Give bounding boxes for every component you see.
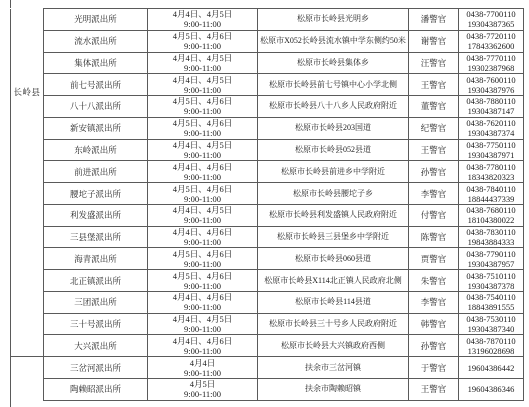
station-name-cell: 流水派出所 <box>44 30 148 52</box>
date-time-cell: 4月4日、4月5日9:00-11:00 <box>148 139 258 161</box>
table-row: 长岭县光明派出所4月4日、4月5日9:00-11:00松原市长岭县光明乡潘警官0… <box>11 9 524 31</box>
address-cell: 松原市长岭县大兴镇政府西侧 <box>258 335 409 357</box>
officer-name: 孙警官 <box>409 341 458 351</box>
officer-name: 李警官 <box>409 297 458 307</box>
phone-number-2: 19304387957 <box>459 259 523 269</box>
phone-number-2: 19304387340 <box>459 324 523 334</box>
time-text: 9:00-11:00 <box>148 281 257 291</box>
address-cell: 松原市长岭县三十号乡人民政府附近 <box>258 313 409 335</box>
station-name-cell: 东岭派出所 <box>44 139 148 161</box>
table-row: 三十号派出所4月4日、4月5日9:00-11:00松原市长岭县三十号乡人民政府附… <box>11 313 524 335</box>
phone-number-1: 0438-7540110 <box>459 292 523 302</box>
time-text: 9:00-11:00 <box>148 324 257 334</box>
station-name-cell: 利发盛派出所 <box>44 204 148 226</box>
time-text: 9:00-11:00 <box>148 215 257 225</box>
officer-cell: 董警官 <box>409 96 459 118</box>
officer-name: 韩警官 <box>409 319 458 329</box>
date-time-cell: 4月5日、4月6日9:00-11:00 <box>148 270 258 292</box>
time-text: 9:00-11:00 <box>148 194 257 204</box>
phone-number-2: 19304387365 <box>459 19 523 29</box>
station-name-cell: 三团派出所 <box>44 291 148 313</box>
date-time-cell: 4月5日、4月6日9:00-11:00 <box>148 183 258 205</box>
document-page: 长岭县光明派出所4月4日、4月5日9:00-11:00松原市长岭县光明乡潘警官0… <box>0 0 529 407</box>
officer-name: 王警官 <box>409 384 458 394</box>
date-text: 4月4日、4月5日 <box>148 205 257 215</box>
date-time-cell: 4月4日、4月6日9:00-11:00 <box>148 335 258 357</box>
county-cell <box>11 357 44 401</box>
address-text: 松原市长岭县八十八乡人民政府附近 <box>258 101 408 111</box>
phone-cell: 0438-778011018343820323 <box>459 161 524 183</box>
phone-number-2: 18844437339 <box>459 194 523 204</box>
date-time-cell: 4月5日、4月6日9:00-11:00 <box>148 96 258 118</box>
time-text: 9:00-11:00 <box>148 106 257 116</box>
time-text: 9:00-11:00 <box>148 172 257 182</box>
station-name: 前进派出所 <box>44 167 147 177</box>
date-text: 4月4日、4月6日 <box>148 162 257 172</box>
address-cell: 松原市长岭县X114北正镇人民政府北侧 <box>258 270 409 292</box>
address-cell: 松原市长岭县前进乡中学附近 <box>258 161 409 183</box>
phone-number-1: 0438-7790110 <box>459 249 523 259</box>
officer-cell: 王警官 <box>409 379 459 401</box>
date-text: 4月5日、4月6日 <box>148 271 257 281</box>
officer-cell: 王警官 <box>409 74 459 96</box>
station-name: 流水派出所 <box>44 36 147 46</box>
officer-name: 于警官 <box>409 363 458 373</box>
date-time-cell: 4月4日、4月6日9:00-11:00 <box>148 161 258 183</box>
phone-cell: 0438-779011019304387957 <box>459 248 524 270</box>
table-row: 陶赖昭派出所4月5日9:00-11:00扶余市陶赖昭镇王警官1960438634… <box>11 379 524 401</box>
station-name-cell: 北正镇派出所 <box>44 270 148 292</box>
time-text: 9:00-11:00 <box>148 368 257 378</box>
station-name: 大兴派出所 <box>44 341 147 351</box>
station-name: 三十号派出所 <box>44 319 147 329</box>
address-text: 松原市长岭县052县道 <box>258 145 408 155</box>
phone-number-1: 0438-7600110 <box>459 75 523 85</box>
date-time-cell: 4月4日9:00-11:00 <box>148 357 258 379</box>
table-row: 新安镇派出所4月5日、4月6日9:00-11:00松原市长岭县203国道纪警官0… <box>11 117 524 139</box>
address-cell: 松原市长岭县203国道 <box>258 117 409 139</box>
time-text: 9:00-11:00 <box>148 389 257 399</box>
date-text: 4月4日、4月6日 <box>148 336 257 346</box>
officer-name: 董警官 <box>409 101 458 111</box>
phone-cell: 19604386346 <box>459 379 524 401</box>
officer-cell: 于警官 <box>409 357 459 379</box>
station-name-cell: 光明派出所 <box>44 9 148 31</box>
officer-name: 朱警官 <box>409 276 458 286</box>
date-time-cell: 4月5日9:00-11:00 <box>148 379 258 401</box>
address-text: 松原市长岭县腰坨子乡 <box>258 189 408 199</box>
officer-name: 王警官 <box>409 145 458 155</box>
phone-number-2: 19304387976 <box>459 85 523 95</box>
officer-cell: 朱警官 <box>409 270 459 292</box>
address-text: 松原市长岭县前进乡中学附近 <box>258 167 408 177</box>
station-name: 新安镇派出所 <box>44 123 147 133</box>
date-time-cell: 4月5日、4月6日9:00-11:00 <box>148 30 258 52</box>
table-row: 海青派出所4月5日、4月6日9:00-11:00松原市长岭县060县道贾警官04… <box>11 248 524 270</box>
phone-number-2: 19304387374 <box>459 128 523 138</box>
time-text: 9:00-11:00 <box>148 63 257 73</box>
date-time-cell: 4月4日、4月5日9:00-11:00 <box>148 313 258 335</box>
date-text: 4月5日、4月6日 <box>148 96 257 106</box>
address-cell: 扶余市三岔河镇 <box>258 357 409 379</box>
date-time-cell: 4月4日、4月6日9:00-11:00 <box>148 226 258 248</box>
station-name: 北正镇派出所 <box>44 276 147 286</box>
address-text: 松原市长岭县前七号镇中心小学北侧 <box>258 80 408 90</box>
address-cell: 松原市长岭县腰坨子乡 <box>258 183 409 205</box>
phone-cell: 0438-768011018104380022 <box>459 204 524 226</box>
station-name-cell: 海青派出所 <box>44 248 148 270</box>
table-row: 利发盛派出所4月4日、4月5日9:00-11:00松原市长岭县利发盛镇人民政府附… <box>11 204 524 226</box>
address-text: 松原市长岭县集体乡 <box>258 58 408 68</box>
phone-number-1: 0438-7870110 <box>459 336 523 346</box>
table-row: 集体派出所4月4日、4月5日9:00-11:00松原市长岭县集体乡汪警官0438… <box>11 52 524 74</box>
officer-cell: 潘警官 <box>409 9 459 31</box>
address-text: 松原市长岭县X114北正镇人民政府北侧 <box>258 276 408 286</box>
table-row: 大兴派出所4月4日、4月6日9:00-11:00松原市长岭县大兴镇政府西侧孙警官… <box>11 335 524 357</box>
table-body: 长岭县光明派出所4月4日、4月5日9:00-11:00松原市长岭县光明乡潘警官0… <box>11 9 524 401</box>
officer-cell: 纪警官 <box>409 117 459 139</box>
date-time-cell: 4月4日、4月5日9:00-11:00 <box>148 74 258 96</box>
table-row: 八十八派出所4月5日、4月6日9:00-11:00松原市长岭县八十八乡人民政府附… <box>11 96 524 118</box>
phone-number-2: 19304387378 <box>459 281 523 291</box>
officer-cell: 谢警官 <box>409 30 459 52</box>
phone-number-2: 17843362600 <box>459 41 523 51</box>
officer-name: 孙警官 <box>409 167 458 177</box>
address-text: 松原市长岭县大兴镇政府西侧 <box>258 341 408 351</box>
date-text: 4月4日、4月5日 <box>148 53 257 63</box>
phone-cell: 0438-787011013196028698 <box>459 335 524 357</box>
phone-number-1: 0438-7830110 <box>459 227 523 237</box>
date-text: 4月4日、4月5日 <box>148 9 257 19</box>
phone-number-1: 0438-7510110 <box>459 271 523 281</box>
date-time-cell: 4月4日、4月6日9:00-11:00 <box>148 291 258 313</box>
address-text: 扶余市三岔河镇 <box>258 363 408 373</box>
officer-cell: 孙警官 <box>409 335 459 357</box>
phone-number-2: 18343820323 <box>459 172 523 182</box>
date-text: 4月4日、4月6日 <box>148 227 257 237</box>
phone-number-1: 0438-7720110 <box>459 31 523 41</box>
officer-cell: 李警官 <box>409 183 459 205</box>
station-name: 八十八派出所 <box>44 101 147 111</box>
station-name-cell: 集体派出所 <box>44 52 148 74</box>
time-text: 9:00-11:00 <box>148 128 257 138</box>
address-cell: 松原市长岭县利发盛镇人民政府附近 <box>258 204 409 226</box>
station-name: 三县堡派出所 <box>44 232 147 242</box>
officer-name: 汪警官 <box>409 58 458 68</box>
table-row: 东岭派出所4月4日、4月5日9:00-11:00松原市长岭县052县道王警官04… <box>11 139 524 161</box>
officer-name: 贾警官 <box>409 254 458 264</box>
time-text: 9:00-11:00 <box>148 237 257 247</box>
station-name: 陶赖昭派出所 <box>44 384 147 394</box>
phone-cell: 0438-760011019304387976 <box>459 74 524 96</box>
station-name: 三团派出所 <box>44 297 147 307</box>
county-column-left-border-top <box>10 0 11 8</box>
date-time-cell: 4月5日、4月6日9:00-11:00 <box>148 117 258 139</box>
address-text: 松原市X052长岭县流水镇中学东侧约50米 <box>258 36 408 46</box>
officer-cell: 汪警官 <box>409 52 459 74</box>
phone-number-1: 0438-7700110 <box>459 9 523 19</box>
officer-name: 王警官 <box>409 80 458 90</box>
officer-cell: 陈警官 <box>409 226 459 248</box>
phone-cell: 0438-762011019304387374 <box>459 117 524 139</box>
phone-number-1: 0438-7680110 <box>459 205 523 215</box>
phone-number-1: 0438-7530110 <box>459 314 523 324</box>
table-row: 三县堡派出所4月4日、4月6日9:00-11:00松原市长岭县三县堡乡中学附近陈… <box>11 226 524 248</box>
address-text: 松原市长岭县203国道 <box>258 123 408 133</box>
county-label: 长岭县 <box>11 87 43 97</box>
officer-cell: 李警官 <box>409 291 459 313</box>
address-cell: 松原市长岭县前七号镇中心小学北侧 <box>258 74 409 96</box>
phone-number-2: 18843891555 <box>459 302 523 312</box>
station-name: 腰坨子派出所 <box>44 189 147 199</box>
date-text: 4月4日、4月5日 <box>148 140 257 150</box>
address-text: 松原市长岭县三县堡乡中学附近 <box>258 232 408 242</box>
table-row: 前七号派出所4月4日、4月5日9:00-11:00松原市长岭县前七号镇中心小学北… <box>11 74 524 96</box>
station-name-cell: 前进派出所 <box>44 161 148 183</box>
table-row: 流水派出所4月5日、4月6日9:00-11:00松原市X052长岭县流水镇中学东… <box>11 30 524 52</box>
phone-cell: 0438-751011019304387378 <box>459 270 524 292</box>
date-text: 4月4日、4月6日 <box>148 292 257 302</box>
time-text: 9:00-11:00 <box>148 259 257 269</box>
address-cell: 松原市长岭县114县道 <box>258 291 409 313</box>
station-name: 前七号派出所 <box>44 80 147 90</box>
address-cell: 松原市长岭县052县道 <box>258 139 409 161</box>
date-time-cell: 4月5日、4月6日9:00-11:00 <box>148 248 258 270</box>
phone-number-1: 0438-7840110 <box>459 184 523 194</box>
date-text: 4月4日、4月5日 <box>148 75 257 85</box>
station-name: 三岔河派出所 <box>44 363 147 373</box>
phone-number-1: 0438-7880110 <box>459 96 523 106</box>
phone-number-1: 0438-7620110 <box>459 118 523 128</box>
address-cell: 扶余市陶赖昭镇 <box>258 379 409 401</box>
time-text: 9:00-11:00 <box>148 302 257 312</box>
phone-cell: 19604386442 <box>459 357 524 379</box>
officer-name: 纪警官 <box>409 123 458 133</box>
phone-number-1: 0438-7770110 <box>459 53 523 63</box>
date-text: 4月5日 <box>148 379 257 389</box>
address-cell: 松原市长岭县光明乡 <box>258 9 409 31</box>
phone-cell: 0438-788011019304387147 <box>459 96 524 118</box>
station-name-cell: 三岔河派出所 <box>44 357 148 379</box>
address-cell: 松原市长岭县集体乡 <box>258 52 409 74</box>
officer-name: 李警官 <box>409 189 458 199</box>
address-cell: 松原市X052长岭县流水镇中学东侧约50米 <box>258 30 409 52</box>
time-text: 9:00-11:00 <box>148 346 257 356</box>
officer-cell: 韩警官 <box>409 313 459 335</box>
address-cell: 松原市长岭县060县道 <box>258 248 409 270</box>
table-row: 北正镇派出所4月5日、4月6日9:00-11:00松原市长岭县X114北正镇人民… <box>11 270 524 292</box>
station-name-cell: 新安镇派出所 <box>44 117 148 139</box>
phone-number-2: 13196028698 <box>459 346 523 356</box>
date-text: 4月5日、4月6日 <box>148 118 257 128</box>
date-time-cell: 4月4日、4月5日9:00-11:00 <box>148 52 258 74</box>
officer-name: 陈警官 <box>409 232 458 242</box>
table-row: 三团派出所4月4日、4月6日9:00-11:00松原市长岭县114县道李警官04… <box>11 291 524 313</box>
date-text: 4月5日、4月6日 <box>148 249 257 259</box>
county-cell: 长岭县 <box>11 9 44 357</box>
officer-cell: 贾警官 <box>409 248 459 270</box>
time-text: 9:00-11:00 <box>148 150 257 160</box>
officer-name: 谢警官 <box>409 36 458 46</box>
station-name-cell: 大兴派出所 <box>44 335 148 357</box>
date-time-cell: 4月4日、4月5日9:00-11:00 <box>148 204 258 226</box>
phone-number-2: 18104380022 <box>459 215 523 225</box>
table-row: 前进派出所4月4日、4月6日9:00-11:00松原市长岭县前进乡中学附近孙警官… <box>11 161 524 183</box>
phone-number-1: 19604386442 <box>459 363 523 373</box>
phone-number-1: 19604386346 <box>459 384 523 394</box>
station-name: 集体派出所 <box>44 58 147 68</box>
phone-number-2: 19302387968 <box>459 63 523 73</box>
address-text: 松原市长岭县光明乡 <box>258 14 408 24</box>
phone-cell: 0438-775011019304387971 <box>459 139 524 161</box>
station-name: 海青派出所 <box>44 254 147 264</box>
phone-number-1: 0438-7750110 <box>459 140 523 150</box>
officer-cell: 王警官 <box>409 139 459 161</box>
address-cell: 松原市长岭县八十八乡人民政府附近 <box>258 96 409 118</box>
date-text: 4月4日 <box>148 358 257 368</box>
officer-name: 付警官 <box>409 210 458 220</box>
phone-cell: 0438-784011018844437339 <box>459 183 524 205</box>
station-name-cell: 前七号派出所 <box>44 74 148 96</box>
officer-cell: 付警官 <box>409 204 459 226</box>
phone-cell: 0438-772011017843362600 <box>459 30 524 52</box>
station-name: 东岭派出所 <box>44 145 147 155</box>
phone-cell: 0438-770011019304387365 <box>459 9 524 31</box>
station-name: 光明派出所 <box>44 14 147 24</box>
time-text: 9:00-11:00 <box>148 85 257 95</box>
station-name-cell: 腰坨子派出所 <box>44 183 148 205</box>
phone-cell: 0438-777011019302387968 <box>459 52 524 74</box>
phone-cell: 0438-754011018843891555 <box>459 291 524 313</box>
phone-number-2: 19843884333 <box>459 237 523 247</box>
phone-cell: 0438-783011019843884333 <box>459 226 524 248</box>
date-text: 4月4日、4月5日 <box>148 314 257 324</box>
phone-number-2: 19304387971 <box>459 150 523 160</box>
officer-cell: 孙警官 <box>409 161 459 183</box>
address-cell: 松原市长岭县三县堡乡中学附近 <box>258 226 409 248</box>
date-text: 4月5日、4月6日 <box>148 31 257 41</box>
police-station-schedule-table: 长岭县光明派出所4月4日、4月5日9:00-11:00松原市长岭县光明乡潘警官0… <box>10 8 524 401</box>
station-name-cell: 八十八派出所 <box>44 96 148 118</box>
table-row: 三岔河派出所4月4日9:00-11:00扶余市三岔河镇于警官1960438644… <box>11 357 524 379</box>
phone-number-2: 19304387147 <box>459 106 523 116</box>
time-text: 9:00-11:00 <box>148 19 257 29</box>
date-time-cell: 4月4日、4月5日9:00-11:00 <box>148 9 258 31</box>
time-text: 9:00-11:00 <box>148 41 257 51</box>
phone-cell: 0438-753011019304387340 <box>459 313 524 335</box>
address-text: 松原市长岭县三十号乡人民政府附近 <box>258 319 408 329</box>
table-row: 腰坨子派出所4月5日、4月6日9:00-11:00松原市长岭县腰坨子乡李警官04… <box>11 183 524 205</box>
phone-number-1: 0438-7780110 <box>459 162 523 172</box>
address-text: 扶余市陶赖昭镇 <box>258 384 408 394</box>
station-name-cell: 三十号派出所 <box>44 313 148 335</box>
county-column-left-border-bottom <box>10 400 11 407</box>
address-text: 松原市长岭县114县道 <box>258 297 408 307</box>
address-text: 松原市长岭县060县道 <box>258 254 408 264</box>
station-name-cell: 三县堡派出所 <box>44 226 148 248</box>
date-text: 4月5日、4月6日 <box>148 184 257 194</box>
officer-name: 潘警官 <box>409 14 458 24</box>
address-text: 松原市长岭县利发盛镇人民政府附近 <box>258 210 408 220</box>
station-name: 利发盛派出所 <box>44 210 147 220</box>
station-name-cell: 陶赖昭派出所 <box>44 379 148 401</box>
